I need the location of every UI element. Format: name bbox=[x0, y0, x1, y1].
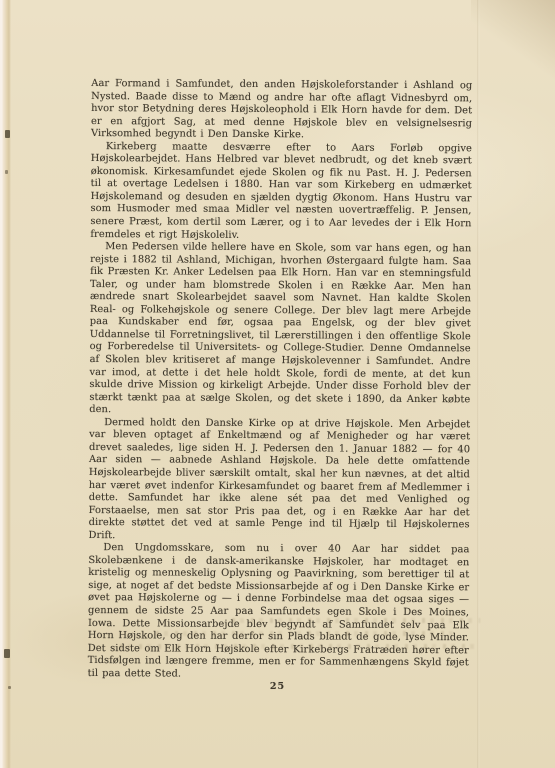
bleedthrough-marks bbox=[120, 644, 478, 649]
ink-speck bbox=[5, 170, 8, 174]
ink-speck bbox=[5, 130, 10, 138]
paragraph-3: Men Pedersen vilde hellere have en Skole… bbox=[89, 241, 471, 419]
paragraph-4: Dermed holdt den Danske Kirke op at driv… bbox=[88, 417, 470, 545]
paragraph-2: Kirkeberg maatte desværre efter to Aars … bbox=[90, 141, 472, 244]
corner-fold-shadow bbox=[471, 0, 555, 96]
paragraph-5: Den Ungdomsskare, som nu i over 40 Aar h… bbox=[88, 542, 470, 682]
bleedthrough-marks bbox=[156, 631, 460, 636]
bleedthrough-marks bbox=[232, 618, 480, 623]
scanned-book-page: Aar Formand i Samfundet, den anden Højsk… bbox=[0, 0, 555, 768]
page-number: 25 bbox=[0, 681, 555, 692]
page-text: Aar Formand i Samfundet, den anden Højsk… bbox=[88, 78, 473, 683]
ink-speck bbox=[4, 649, 10, 658]
paragraph-1: Aar Formand i Samfundet, den anden Højsk… bbox=[91, 78, 472, 143]
page-crease bbox=[477, 0, 480, 768]
